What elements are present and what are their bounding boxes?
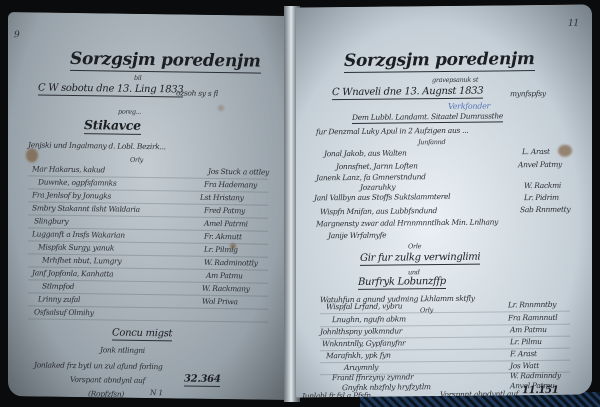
entry-name: Johnlthspny yolkmndur	[320, 326, 402, 336]
entry-witness: W. Radminndy	[510, 371, 561, 381]
section-heading-1: Gir fur zulkg verwinglimi	[360, 252, 480, 266]
entry-witness: W. Rackmi	[524, 181, 561, 190]
entry-witness: Fra Ramnnutl	[508, 313, 557, 323]
intro-line-2: fur Denzmal Luky Apul in 2 Aufzigen aus …	[316, 126, 468, 137]
entry-witness: L. Arast	[522, 147, 550, 156]
entry-name: Janije Wrfalmyfe	[328, 231, 386, 241]
date-line: C Wnaveli dne 13. Augnst 1833	[332, 86, 483, 101]
entry-name: Margnensty zwar adal Hrnnmnntlhak Min. L…	[316, 217, 498, 228]
entry-name: Wnknntnlly, Gypfanyfnr	[322, 338, 405, 348]
entry-name: Janenk Lanz, fa Gmnerstndund	[316, 172, 426, 182]
date-line-tail: mynfspfsy	[510, 89, 546, 98]
entry-name: Mrhfhet nbut, Lumgry	[42, 256, 121, 266]
entry-name: Aruymnly	[344, 363, 378, 372]
column-note: Orly	[130, 156, 143, 164]
entry-name: Slingbury	[34, 216, 68, 225]
intro-line-3: Junfannd	[418, 138, 445, 146]
section-label: Orle	[408, 242, 421, 250]
section-heading-2: Burfryk Lobunzffp	[358, 276, 446, 290]
entry-witness: Am Patmu	[206, 271, 243, 281]
entry-witness: W. Rackmany	[202, 284, 250, 294]
entry-name: Janf Jopfonla, Kanhatta	[32, 268, 113, 278]
entry-witness: Lr. Rnnmntby	[508, 300, 556, 310]
entry-witness: Jos Stuck a ottley	[208, 167, 269, 177]
entry-name: Osfsalsuf Olmihy	[34, 307, 94, 317]
summary-number: N 1	[150, 388, 163, 397]
entry-witness: Amel Patrmi	[204, 219, 248, 229]
entry-name: Marafnkh, ypk fyn	[326, 351, 391, 361]
section-connector: und	[408, 268, 420, 276]
stain	[558, 145, 572, 157]
blue-annotation: Verkfonder	[448, 102, 490, 111]
entry-witness: Anvel Patmy	[518, 160, 562, 169]
intro-line: Jenjski und Ingalmany d. Lobl. Bezirk...	[28, 140, 166, 151]
entry-name: Lnughn, ngufn abkm	[332, 314, 406, 324]
entry-name: Mar Hakarus, kakud	[32, 164, 105, 174]
page-heading: Sorzgsjm poredenjm	[344, 49, 535, 73]
summary-amount: 32.364	[184, 374, 220, 388]
entry-name: Jonnsfnet, Jarnn Loften	[336, 161, 418, 171]
right-page: 11 Sorzgsjm poredenjm gravepsanuk st C W…	[296, 4, 592, 397]
entry-witness: Wol Priwa	[202, 297, 238, 306]
date-line-tail: ozsoh sy s fl	[176, 88, 218, 98]
entry-witness: Fra Hademany	[204, 180, 257, 190]
entry-name: Smbry Stakannt ilsht Waldaria	[32, 203, 140, 214]
entry-witness: Sab Rnnmetty	[520, 205, 570, 215]
entry-name: Jozaruhky	[360, 183, 395, 192]
summary-sub: Jonk ntlingni	[100, 345, 145, 355]
entry-name: Jonal Jakob, aus Walten	[324, 148, 407, 158]
stain	[218, 105, 224, 111]
entry-name: Fra Jenlsof by Jonugks	[32, 190, 111, 200]
intro-line-1: Dem Lubbl. Landamt. Sitaatel Dumrassthe	[352, 111, 503, 124]
entry-witness: Lr. Pilmig	[204, 245, 238, 254]
entry-witness: Am Patmu	[510, 325, 547, 334]
entry-name: Frantl ffnrzyny zymndr	[332, 372, 413, 382]
entry-name: Lrinny zufal	[38, 294, 80, 304]
entry-name: Duwnke, ogpfsfamnks	[38, 177, 116, 187]
stain	[26, 148, 38, 162]
entry-name: Wispfal Lrfand, vybru	[326, 301, 402, 311]
footer-left: Junlabl fr fsl a Pfsfn	[302, 391, 371, 398]
summary-line-1: Jonlaked frz bytl un zul afund forling	[34, 360, 163, 371]
entry-name: Mispfak Surgy, yanuk	[38, 242, 114, 252]
left-page: 9 Sorzgsjm poredenjm bil C W sobotu dne …	[8, 12, 286, 400]
subheading: gravepsanuk st	[432, 76, 478, 84]
page-heading: Sorzgsjm poredenjm	[70, 49, 261, 74]
page-number: 9	[14, 30, 19, 40]
subheading: bil	[134, 74, 141, 82]
entry-name: Lugganft a Insfs Wakarian	[32, 229, 125, 239]
place-intro: poreg...	[118, 108, 141, 116]
entry-name: Stlmpfod	[42, 282, 74, 291]
entry-witness: Fred Patmy	[204, 206, 245, 216]
entry-witness: Jos Watt	[510, 361, 539, 370]
entry-witness: F. Arast	[510, 349, 537, 358]
entry-witness: Fr. Akmutt	[204, 232, 242, 242]
place-name: Stikavce	[84, 117, 141, 135]
entry-witness: Lr. Pidrim	[524, 193, 559, 202]
summary-line-2: Vorspant abndynl auf	[70, 375, 145, 385]
page-number: 11	[568, 19, 579, 29]
entry-witness: W. Radminottly	[204, 258, 258, 268]
entry-witness: Lst Hristany	[200, 193, 244, 203]
summary-line-3: (Ropfzfsn)	[88, 389, 124, 399]
entry-name: Janl Vallbyn aus Stoffs Suktslammterel	[314, 192, 450, 202]
entry-witness: Lr. Pilmu	[510, 337, 542, 346]
summary-heading: Concu migst	[112, 328, 172, 342]
date-line: C W sobotu dne 13. Ling 1833	[38, 82, 183, 97]
entry-name: Wispfn Mnifan, aus Lubbfsndund	[320, 206, 437, 216]
